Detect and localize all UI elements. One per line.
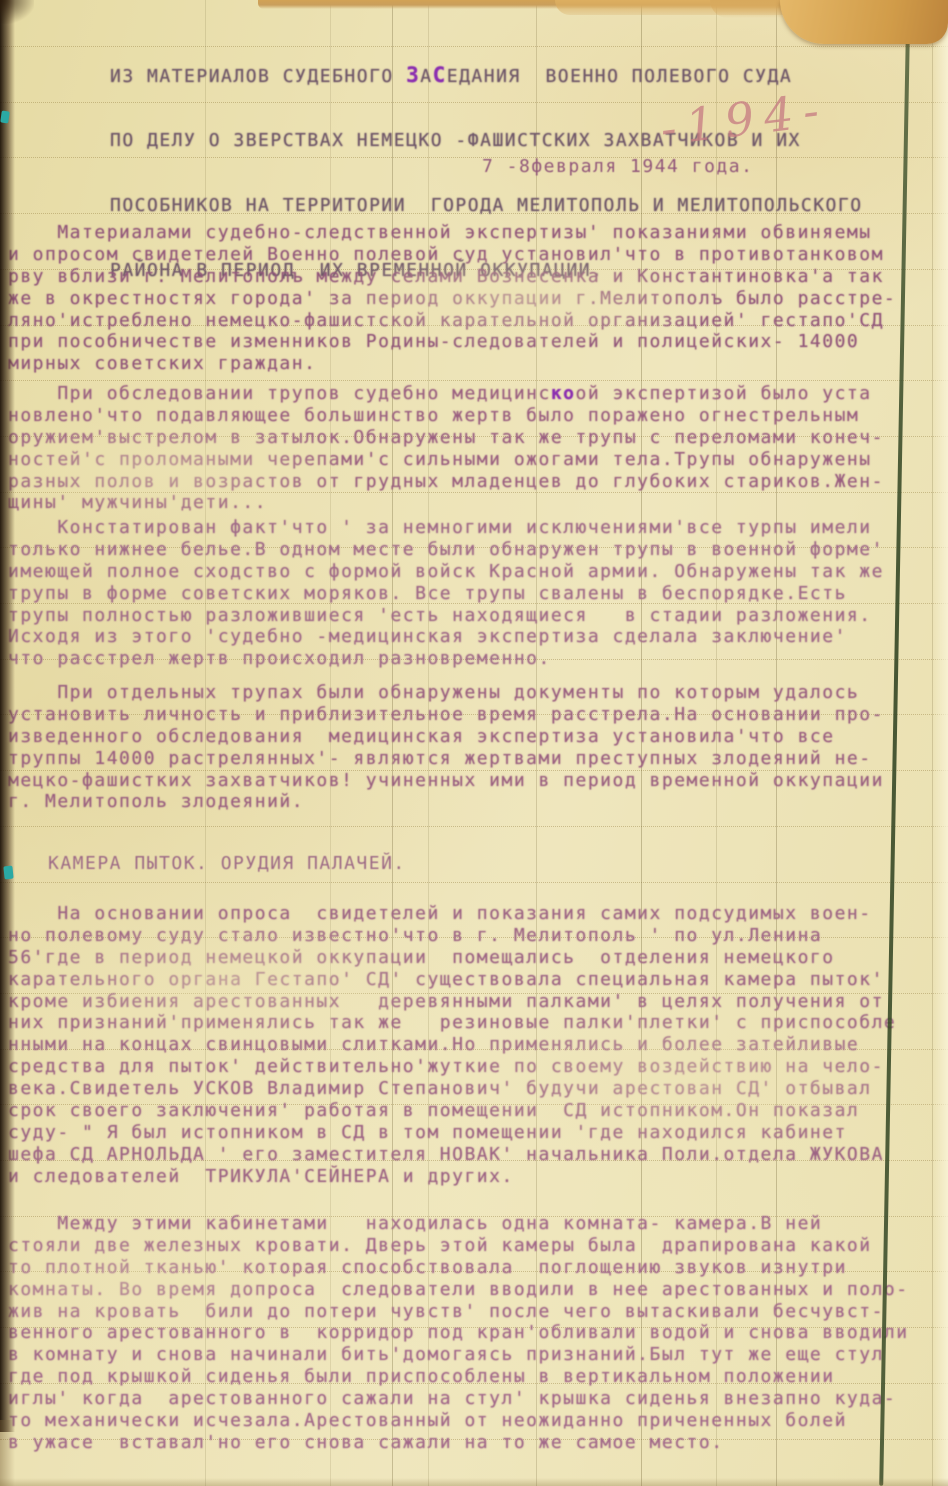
text-segment: в комнату и снова начинали бить'домогаяс…	[8, 1344, 884, 1365]
text-segment: труппы 14000 растрелянных'- являются жер…	[8, 748, 872, 769]
text-segment: века.Свидетель УСКОВ Владимир Степанович…	[8, 1078, 872, 1099]
bottom-paper-edge	[0, 1478, 948, 1486]
paragraph: На основании опроса свидетелей и показан…	[8, 903, 896, 1188]
text-line: что расстрел жертв происходил разновреме…	[8, 648, 884, 670]
text-line: оружием'выстрелом в затылок.Обнаружены т…	[8, 427, 884, 449]
text-segment: то плотной тканью' которая способствовал…	[8, 1257, 847, 1278]
text-segment: ностей'с проломаными черепами'с сильными…	[8, 449, 872, 470]
text-line: труппы 14000 растрелянных'- являются жер…	[8, 748, 884, 770]
text-segment: 56'где в период немецкой оккупации помещ…	[8, 947, 835, 968]
text-segment: стояли две железных кровати. Дверь этой …	[8, 1235, 872, 1256]
text-segment: Констатирован факт'что ' за немногими ис…	[8, 517, 872, 538]
text-line: при пособничестве изменников Родины-след…	[8, 331, 896, 353]
text-line: 56'где в период немецкой оккупации помещ…	[8, 947, 896, 969]
text-segment: изведенного обследования медицинская экс…	[8, 726, 835, 747]
text-line: шефа СД АРНОЛЬДА ' его заместителя НОВАК…	[8, 1144, 896, 1166]
text-line: века.Свидетель УСКОВ Владимир Степанович…	[8, 1078, 896, 1100]
text-segment: Исходя из этого 'судебно -медицинская эк…	[8, 626, 847, 647]
text-segment: то механически исчезала.Арестованный от …	[8, 1410, 847, 1431]
text-segment: мирных советских граждан.	[8, 353, 316, 374]
text-segment: г. Мелитополь злодеяний.	[8, 791, 304, 812]
text-line: При обследовании трупов судебно медицинс…	[8, 383, 884, 405]
text-line: карательного органа Гестапо' СД' существ…	[8, 969, 896, 991]
text-line: трупы полностью разложившиеся 'есть нахо…	[8, 605, 884, 627]
text-segment: жив на кровать били до потери чувств' по…	[8, 1301, 884, 1322]
text-line: г. Мелитополь злодеяний.	[8, 791, 884, 813]
text-line: мирных советских граждан.	[8, 353, 896, 375]
text-segment: иглы' когда арестованного сажали на стул…	[8, 1388, 896, 1409]
text-line: имеющей полное сходство с формой войск К…	[8, 561, 884, 583]
text-line: нными на концах свинцовыми слитками.Но п…	[8, 1034, 896, 1056]
text-segment: установить личность и приблизительное вр…	[8, 704, 884, 725]
text-segment: кроме избиения арестованных деревянными …	[8, 991, 884, 1012]
text-line: трупы в форме советских моряков. Все тру…	[8, 583, 884, 605]
text-line: и следователей ТРИКУЛА'СЕЙНЕРА и других.	[8, 1166, 896, 1188]
text-line: ляно'истреблено немецко-фашистской карат…	[8, 310, 896, 332]
text-segment: рву вблизи г. Мелитополъ между селами Во…	[8, 266, 884, 287]
text-segment: нными на концах свинцовыми слитками.Но п…	[8, 1034, 859, 1055]
text-line: но полевому суду стало известно'что в г.…	[8, 925, 896, 947]
text-line: суду- " Я был истопником в СД в том поме…	[8, 1122, 896, 1144]
text-segment: при пособничестве изменников Родины-след…	[8, 331, 859, 352]
text-line: На основании опроса свидетелей и показан…	[8, 903, 896, 925]
text-segment: разных полов и возрастов от грудных млад…	[8, 471, 884, 492]
text-line: Материалами судебно-следственной эксперт…	[8, 222, 896, 244]
text-line: мецко-фашистких захватчиков! учиненных и…	[8, 770, 884, 792]
right-paper-edge	[932, 0, 948, 1486]
text-segment: и следователей ТРИКУЛА'СЕЙНЕРА и других.	[8, 1166, 514, 1187]
text-segment: венного арестованного в корридор под кра…	[8, 1322, 909, 1343]
text-segment-hw-ins: ко	[551, 383, 576, 404]
text-line: ностей'с проломаными черепами'с сильными…	[8, 449, 884, 471]
title-text: ИЗ МАТЕРИАЛОВ СУДЕБНОГО	[110, 66, 406, 87]
text-segment: трупы в форме советских моряков. Все тру…	[8, 583, 847, 604]
text-line: щины' мужчины'дети...	[8, 492, 884, 514]
text-segment: суду- " Я был истопником в СД в том поме…	[8, 1122, 847, 1143]
title-line-1: ИЗ МАТЕРИАЛОВ СУДЕБНОГО ЗАСЕДАНИЯ ВОЕННО…	[110, 65, 863, 87]
text-segment: что расстрел жертв происходил разновреме…	[8, 648, 551, 669]
torn-edge-corner	[780, 0, 948, 44]
text-segment: и опросом свидетелей Военно полевой суд …	[8, 244, 884, 265]
text-segment: карательного органа Гестапо' СД' существ…	[8, 969, 884, 990]
date-line: 7 -8февраля 1944 года.	[482, 156, 753, 177]
text-line: кроме избиения арестованных деревянными …	[8, 991, 896, 1013]
text-line: новлено'что подавляющее большинство жерт…	[8, 405, 884, 427]
text-line: изведенного обследования медицинская экс…	[8, 726, 884, 748]
paragraph: Констатирован факт'что ' за немногими ис…	[8, 517, 884, 670]
text-line: комнаты. Во время допроса следователи вв…	[8, 1279, 909, 1301]
paragraph: При отдельных трупах были обнаружены док…	[8, 682, 884, 813]
paragraph: Между этими кабинетами находилась одна к…	[8, 1213, 909, 1454]
text-line: При отдельных трупах были обнаружены док…	[8, 682, 884, 704]
text-segment: средства для пыток' действительно'жуткие…	[8, 1056, 884, 1077]
typewritten-text-layer: ИЗ МАТЕРИАЛОВ СУДЕБНОГО ЗАСЕДАНИЯ ВОЕННО…	[0, 0, 948, 1486]
text-segment-ul: было расстре-	[736, 288, 896, 309]
text-line: и опросом свидетелей Военно полевой суд …	[8, 244, 896, 266]
text-line: установить личность и приблизительное вр…	[8, 704, 884, 726]
text-line: них признаний'применялись так же резинов…	[8, 1012, 896, 1034]
text-line: то плотной тканью' которая способствовал…	[8, 1257, 909, 1279]
text-segment: мецко-фашистких захватчиков! учиненных и…	[8, 770, 884, 791]
text-line: разных полов и возрастов от грудных млад…	[8, 471, 884, 493]
text-segment: На основании опроса свидетелей и показан…	[8, 903, 872, 924]
text-segment: Между этими кабинетами находилась одна к…	[8, 1213, 822, 1234]
text-segment: трупы полностью разложившиеся 'есть нахо…	[8, 605, 872, 626]
text-line: жив на кровать били до потери чувств' по…	[8, 1301, 909, 1323]
text-segment: имеющей полное сходство с формой войск К…	[8, 561, 884, 582]
text-segment: новлено'что подавляющее большинство жерт…	[8, 405, 859, 426]
text-line: только нижнее белье.В одном месте были о…	[8, 539, 884, 561]
scanned-document-page: ИЗ МАТЕРИАЛОВ СУДЕБНОГО ЗАСЕДАНИЯ ВОЕННО…	[0, 0, 948, 1486]
text-segment: Материалами судебно-следственной эксперт…	[8, 222, 872, 243]
text-line: средства для пыток' действительно'жуткие…	[8, 1056, 896, 1078]
text-line: венного арестованного в корридор под кра…	[8, 1322, 909, 1344]
text-segment: комнаты. Во время допроса следователи вв…	[8, 1279, 909, 1300]
text-segment: срок своего заключения' работая в помеще…	[8, 1100, 859, 1121]
teal-ink-speck	[3, 866, 13, 880]
text-line: Исходя из этого 'судебно -медицинская эк…	[8, 626, 884, 648]
top-left-corner-shadow	[0, 0, 34, 24]
text-line: где под крышкой сиденья были приспособле…	[8, 1366, 909, 1388]
text-line: Между этими кабинетами находилась одна к…	[8, 1213, 909, 1235]
text-line: иглы' когда арестованного сажали на стул…	[8, 1388, 909, 1410]
text-line: срок своего заключения' работая в помеще…	[8, 1100, 896, 1122]
text-line: в ужасе вставал'но его снова сажали на т…	[8, 1432, 909, 1454]
text-segment: щины' мужчины'дети...	[8, 492, 267, 513]
text-segment: При обследовании трупов судебно медицинс	[8, 383, 551, 404]
title-text: А	[420, 66, 432, 87]
text-segment: где под крышкой сиденья были приспособле…	[8, 1366, 835, 1387]
binding-edge	[0, 0, 15, 1432]
text-segment: При отдельных трупах были обнаружены док…	[8, 682, 859, 703]
binding-edge-fade	[0, 1420, 15, 1486]
text-segment: же в окрестностях города' за период окку…	[8, 288, 736, 309]
text-segment: но полевому суду стало известно'что в г.…	[8, 925, 822, 946]
text-segment: них признаний'применялись так же резинов…	[8, 1012, 896, 1033]
text-line: стояли две железных кровати. Дверь этой …	[8, 1235, 909, 1257]
title-line-3: ПОСОБНИКОВ НА ТЕРРИТОРИИ ГОРОДА МЕЛИТОПО…	[110, 195, 863, 217]
text-line: же в окрестностях города' за период окку…	[8, 288, 896, 310]
text-segment: ой экспертизой было уста	[576, 383, 872, 404]
text-line: рву вблизи г. Мелитополъ между селами Во…	[8, 266, 896, 288]
handwritten-correction: С	[433, 63, 447, 87]
title-text: ЕДАНИЯ ВОЕННО ПОЛЕВОГО СУДА	[447, 66, 792, 87]
text-segment: только нижнее белье.В одном месте были о…	[8, 539, 884, 560]
text-segment: в ужасе вставал'но его снова сажали на т…	[8, 1432, 724, 1453]
handwritten-correction: З	[406, 63, 420, 87]
text-segment-ul: ляно'истреблено немецко-фашистской карат…	[8, 310, 884, 331]
paragraph: Материалами судебно-следственной эксперт…	[8, 222, 896, 375]
section-heading: КАМЕРА ПЫТОК. ОРУДИЯ ПАЛАЧЕЙ.	[48, 853, 406, 874]
text-line: то механически исчезала.Арестованный от …	[8, 1410, 909, 1432]
text-segment: шефа СД АРНОЛЬДА ' его заместителя НОВАК…	[8, 1144, 884, 1165]
teal-ink-speck	[0, 111, 10, 124]
text-line: в комнату и снова начинали бить'домогаяс…	[8, 1344, 909, 1366]
paragraph: При обследовании трупов судебно медицинс…	[8, 383, 884, 514]
text-segment: оружием'выстрелом в затылок.Обнаружены т…	[8, 427, 884, 448]
text-line: Констатирован факт'что ' за немногими ис…	[8, 517, 884, 539]
